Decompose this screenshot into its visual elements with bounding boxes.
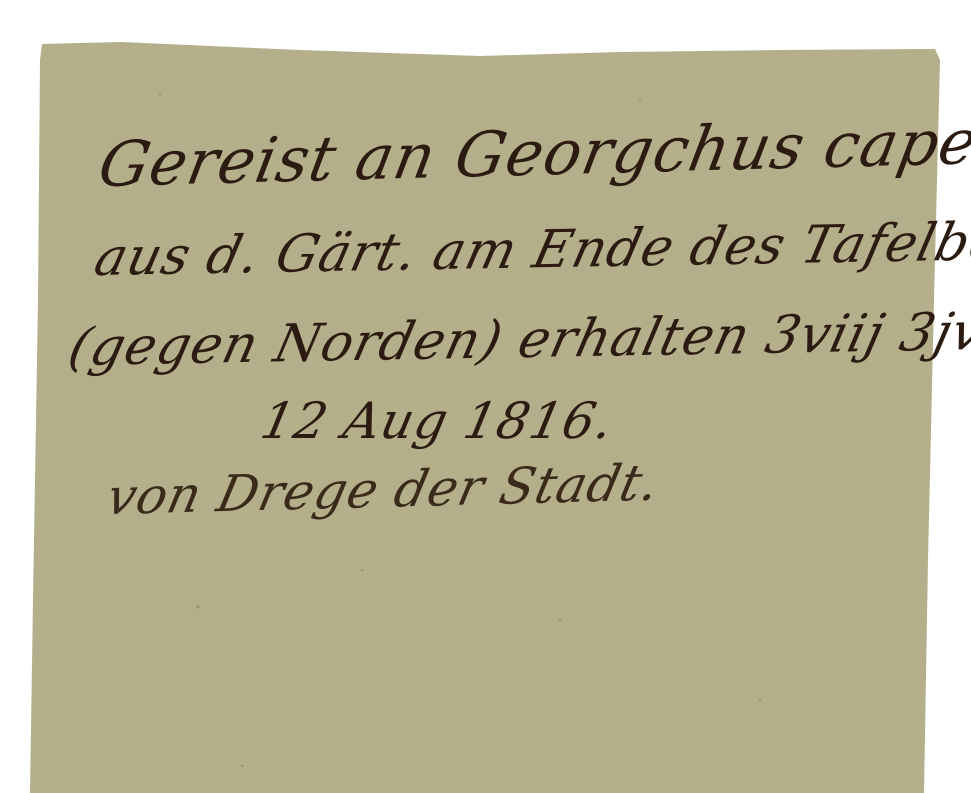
handwritten-label: Gereist an Georgchus capens: ♂ aus d. Gä… bbox=[0, 0, 971, 793]
label-line-location: aus d. Gärt. am Ende des Tafelbergs bbox=[89, 211, 971, 289]
label-line-date: 12 Aug 1816. bbox=[256, 392, 619, 450]
label-line-direction-quantity: (gegen Norden) erhalten 3viij 3jv. bbox=[63, 302, 971, 378]
label-line-species: Gereist an Georgchus capens: ♂ bbox=[93, 100, 971, 201]
label-line-source: von Drege der Stadt. bbox=[102, 453, 666, 526]
